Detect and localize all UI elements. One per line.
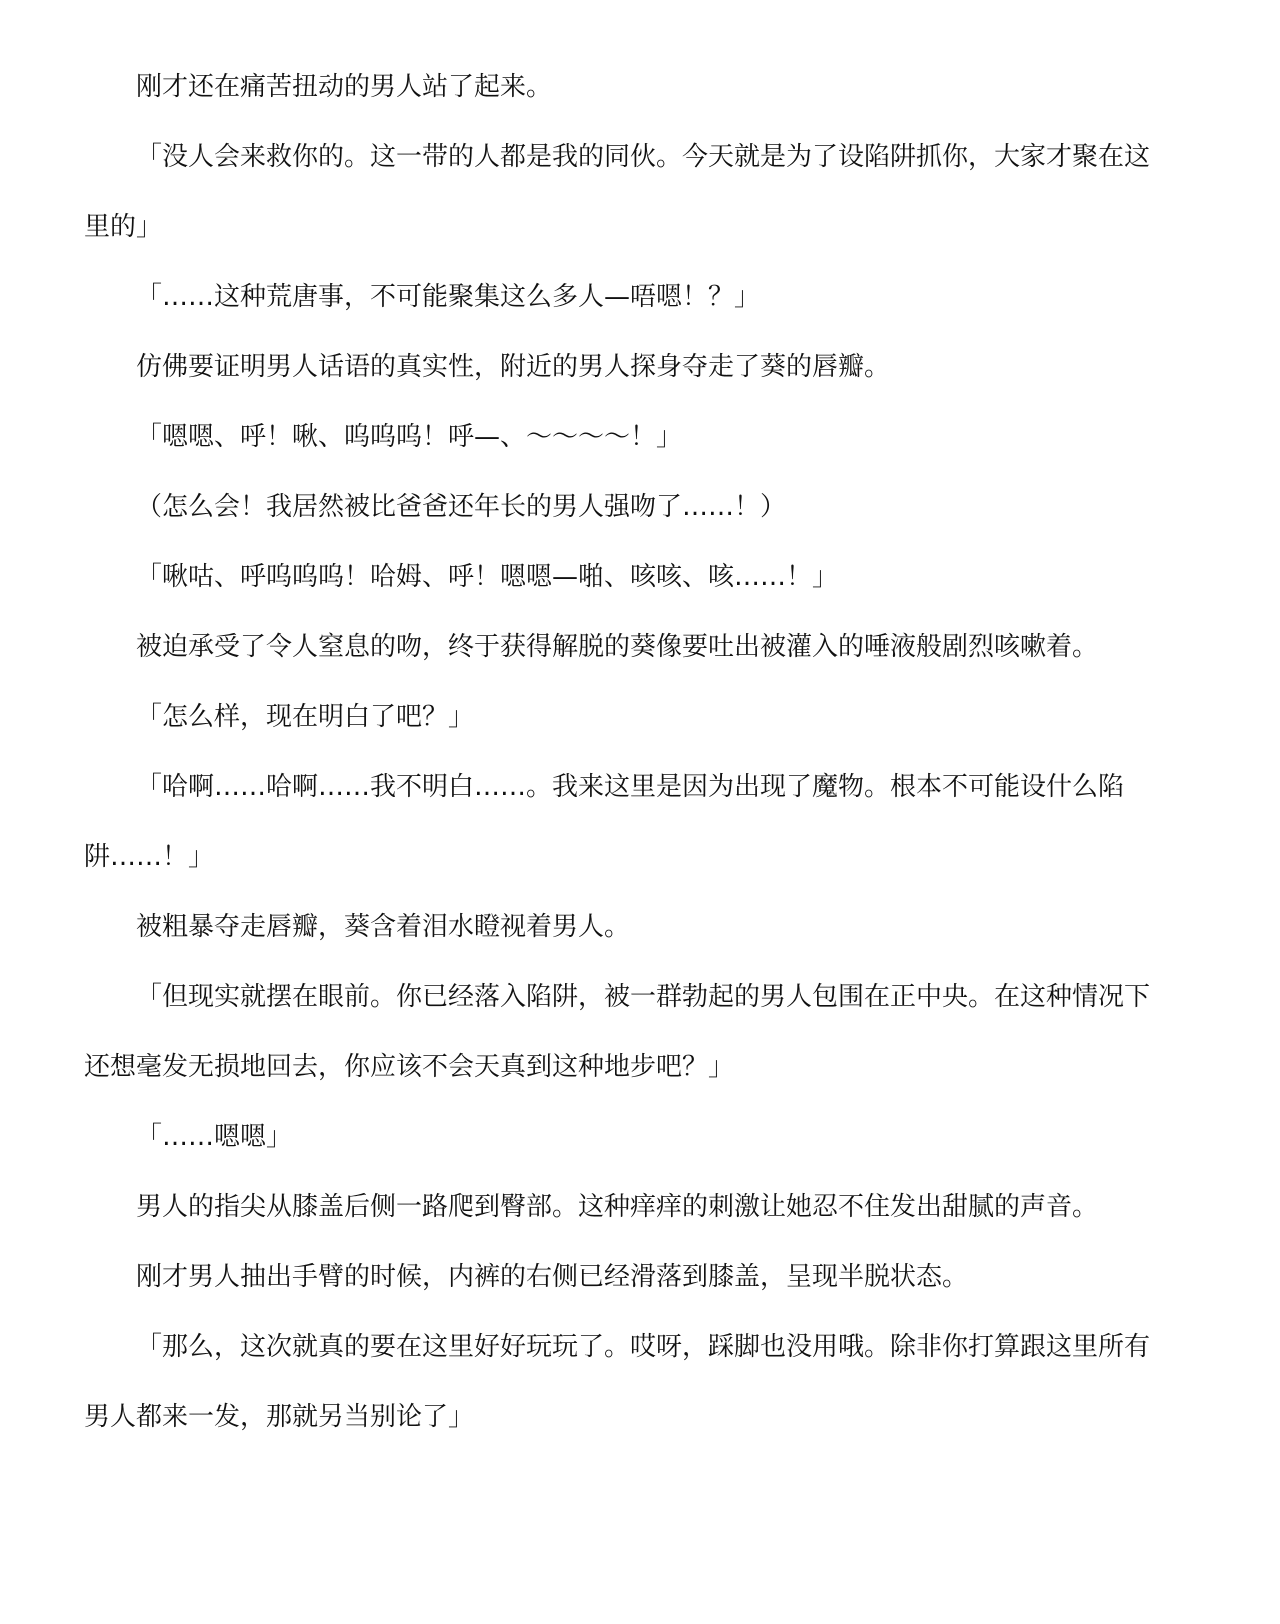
paragraph-14: 男人的指尖从膝盖后侧一路爬到臀部。这种痒痒的刺激让她忍不住发出甜腻的声音。 bbox=[84, 1172, 1164, 1242]
paragraph-8: 被迫承受了令人窒息的吻，终于获得解脱的葵像要吐出被灌入的唾液般剧烈咳嗽着。 bbox=[84, 612, 1164, 682]
paragraph-11: 被粗暴夺走唇瓣，葵含着泪水瞪视着男人。 bbox=[84, 892, 1164, 962]
paragraph-3: 「……这种荒唐事，不可能聚集这么多人—唔嗯！？」 bbox=[84, 262, 1164, 332]
paragraph-12: 「但现实就摆在眼前。你已经落入陷阱，被一群勃起的男人包围在正中央。在这种情况下还… bbox=[84, 962, 1164, 1102]
paragraph-4: 仿佛要证明男人话语的真实性，附近的男人探身夺走了葵的唇瓣。 bbox=[84, 332, 1164, 402]
paragraph-6: （怎么会！我居然被比爸爸还年长的男人强吻了……！） bbox=[84, 472, 1164, 542]
paragraph-7: 「啾咕、呼呜呜呜！哈姆、呼！嗯嗯—啪、咳咳、咳……！」 bbox=[84, 542, 1164, 612]
document-page: 刚才还在痛苦扭动的男人站了起来。 「没人会来救你的。这一带的人都是我的同伙。今天… bbox=[84, 52, 1164, 1452]
paragraph-13: 「……嗯嗯」 bbox=[84, 1102, 1164, 1172]
paragraph-1: 刚才还在痛苦扭动的男人站了起来。 bbox=[84, 52, 1164, 122]
paragraph-5: 「嗯嗯、呼！啾、呜呜呜！呼—、～～～～！」 bbox=[84, 402, 1164, 472]
paragraph-16: 「那么，这次就真的要在这里好好玩玩了。哎呀，踩脚也没用哦。除非你打算跟这里所有男… bbox=[84, 1312, 1164, 1452]
paragraph-10: 「哈啊……哈啊……我不明白……。我来这里是因为出现了魔物。根本不可能设什么陷阱…… bbox=[84, 752, 1164, 892]
paragraph-9: 「怎么样，现在明白了吧？」 bbox=[84, 682, 1164, 752]
paragraph-15: 刚才男人抽出手臂的时候，内裤的右侧已经滑落到膝盖，呈现半脱状态。 bbox=[84, 1242, 1164, 1312]
paragraph-2: 「没人会来救你的。这一带的人都是我的同伙。今天就是为了设陷阱抓你，大家才聚在这里… bbox=[84, 122, 1164, 262]
